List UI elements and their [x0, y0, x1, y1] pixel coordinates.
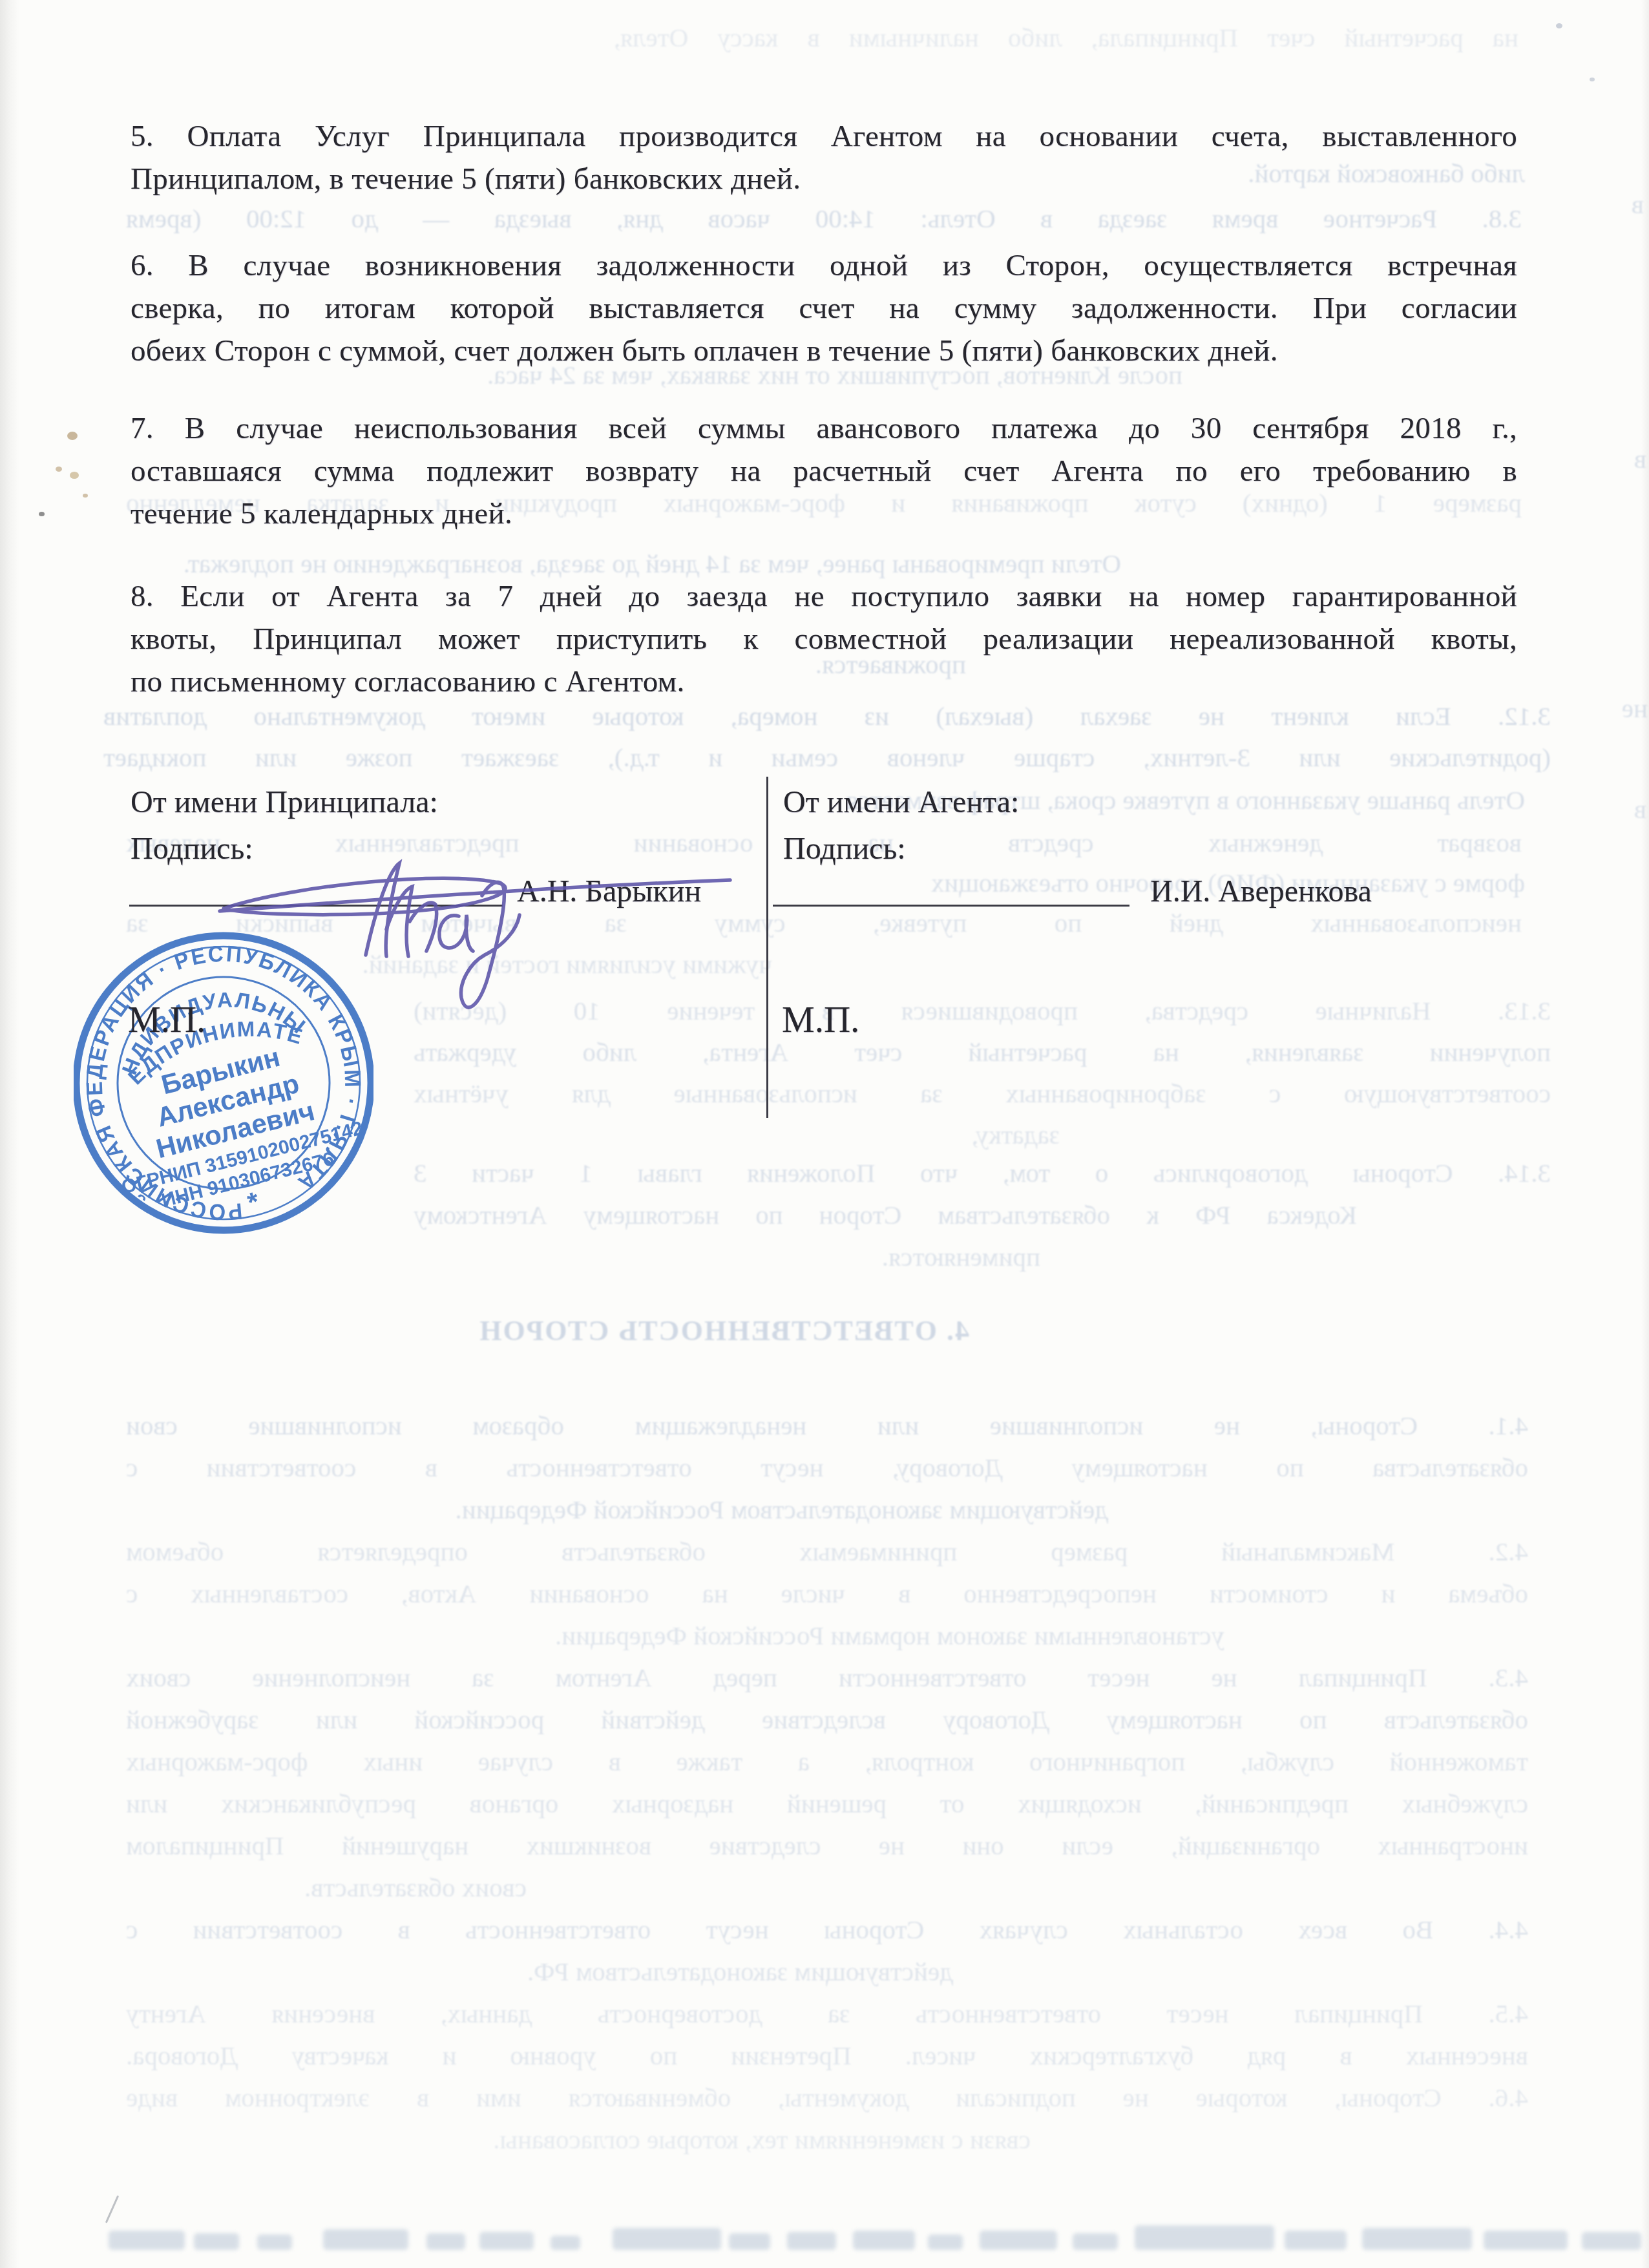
agent-party-label: От имени Агента: [783, 784, 1019, 820]
bleed-through-line: установленными законом нормами Российско… [126, 1621, 1224, 1650]
bleed-through-line: объема и стоимости непосредственно в чис… [126, 1579, 1528, 1608]
bleed-through-line: связи с изменениями тех, которые согласо… [126, 2125, 1031, 2154]
bleed-through-line: 4. ОТВЕТСТВЕННОСТЬ СТОРОН [488, 1316, 969, 1347]
clause-line: по письменному согласованию с Агентом. [131, 660, 1517, 703]
bottom-edge-smudge [1362, 2228, 1472, 2250]
paper-speck [1556, 23, 1562, 28]
bleed-through-line: служебных предписаний, исходящих от реше… [126, 1789, 1528, 1818]
bottom-edge-smudge [928, 2234, 963, 2250]
bleed-through-line: внесенных в ряд бухгалтерских чисел. Пре… [126, 2041, 1528, 2070]
principal-party-label: От имени Принципала: [131, 784, 438, 820]
paper-speck [39, 512, 45, 516]
paper-speck [70, 472, 79, 479]
clause-line: сверка, по итогам которой выставляется с… [131, 287, 1517, 330]
bottom-edge-smudge [980, 2231, 1057, 2250]
bleed-through-line: иностранных организаций, если они не сле… [126, 1831, 1528, 1860]
paper-speck [67, 432, 78, 440]
bleed-through-line: 4.3. Принципал не несет ответственности … [126, 1663, 1528, 1692]
clause-line: 8. Если от Агента за 7 дней до заезда не… [131, 575, 1517, 618]
clause-paragraph-8: 8. Если от Агента за 7 дней до заезда не… [131, 575, 1517, 703]
clause-line: квоты, Принципал может приступить к совм… [131, 618, 1517, 660]
handwritten-signature [213, 853, 737, 1027]
bleed-through-line: 3.8. Расчетное время заезда в Отель: 14:… [126, 204, 1522, 233]
bleed-through-line: (родительские или 3-летних, старше члено… [103, 743, 1551, 772]
bottom-edge-smudge [1135, 2225, 1274, 2250]
agent-signature-label: Подпись: [783, 831, 906, 866]
bottom-edge-smudge [109, 2231, 185, 2250]
bottom-edge-smudge [613, 2228, 721, 2250]
bleed-through-line: получении заявления, на расчетный счет А… [414, 1038, 1551, 1067]
bottom-edge-smudge [426, 2233, 465, 2250]
bottom-edge-smudge [551, 2236, 580, 2250]
principal-seal-mark: М.П. [128, 999, 205, 1041]
bleed-through-line: действующим законодательством РФ. [126, 1957, 953, 1986]
bleed-through-line: 3.14. Стороны договорились о том, что По… [414, 1159, 1551, 1188]
signature-column-divider [766, 777, 768, 1118]
bleed-through-line: 4.5. Принципал несет ответственность за … [126, 1999, 1528, 2028]
bleed-through-line: задатку, [892, 1120, 1060, 1150]
bleed-through-line: Отели премированы ранее, чем за 14 дней … [126, 549, 1121, 578]
bottom-edge-smudge [853, 2231, 915, 2250]
bottom-edge-smudge [257, 2234, 292, 2250]
clause-paragraph-5: 5. Оплата Услуг Принципала производится … [131, 115, 1517, 200]
agent-signature-line [773, 905, 1129, 907]
bleed-through-line: обязательства по настоящему Договору, не… [126, 1453, 1528, 1482]
bottom-edge-smudge [1484, 2231, 1568, 2250]
bleed-through-line: своих обязательств. [126, 1873, 527, 1902]
bleed-through-line: Кодекса РФ к обязательствам Сторон по на… [414, 1201, 1357, 1230]
paper-speck [56, 467, 62, 472]
bleed-through-line: на расчетный счет Принципала, либо налич… [614, 23, 1518, 52]
bleed-through-line: обязательств по настоящему Договору всле… [126, 1705, 1528, 1734]
bleed-through-line: 4.2. Максимальный размер принимаемых обя… [126, 1537, 1528, 1566]
paper-speck [83, 494, 88, 498]
clause-line: 7. В случае неиспользования всей суммы а… [131, 407, 1517, 450]
bleed-through-line: не [1610, 694, 1648, 723]
bottom-edge-smudge [323, 2229, 408, 2250]
bleed-through-line: в [1615, 190, 1644, 219]
scanned-contract-page: на расчетный счет Принципала, либо налич… [0, 0, 1649, 2268]
bottom-edge-smudge [787, 2232, 836, 2250]
clause-line: 5. Оплата Услуг Принципала производится … [131, 115, 1517, 158]
clause-paragraph-6: 6. В случае возникновения задолженности … [131, 244, 1517, 372]
clause-line: Принципалом, в течение 5 (пяти) банковск… [131, 158, 1517, 200]
bleed-through-line: в [1618, 795, 1646, 824]
clause-line: оставшаяся сумма подлежит возврату на ра… [131, 450, 1517, 492]
bleed-through-line: таможенной службы, пограничного контроля… [126, 1747, 1528, 1776]
bottom-edge-smudge [1073, 2233, 1118, 2250]
bleed-through-line: в [1618, 445, 1646, 474]
bleed-through-line: действующим законодательством Российской… [126, 1495, 1108, 1524]
clause-line: течение 5 календарных дней. [131, 492, 1517, 535]
clause-line: 6. В случае возникновения задолженности … [131, 244, 1517, 287]
bleed-through-line: 4.1. Стороны, не исполнившие или ненадле… [126, 1411, 1528, 1440]
bleed-through-line: 4.6. Стороны, которые не подписали докум… [126, 2083, 1528, 2112]
clause-line: обеих Сторон с суммой, счет должен быть … [131, 330, 1517, 372]
paper-speck [1590, 78, 1595, 81]
agent-seal-mark: М.П. [782, 999, 859, 1041]
bleed-through-line: 3.12. Если клиент не заехал (выехал) из … [103, 702, 1551, 731]
stray-pen-mark [105, 2195, 119, 2223]
bottom-edge-smudge [479, 2232, 534, 2250]
bleed-through-line: применяются. [821, 1243, 1040, 1272]
clause-paragraph-7: 7. В случае неиспользования всей суммы а… [131, 407, 1517, 535]
bleed-through-line: соответствующую с забронированных за исп… [414, 1079, 1551, 1108]
bottom-edge-smudge [1285, 2231, 1347, 2250]
bleed-through-line: 4.4. Во всех остальных случаях Стороны н… [126, 1915, 1528, 1944]
bottom-edge-smudge [194, 2233, 239, 2250]
bottom-edge-smudge [729, 2233, 770, 2250]
agent-name: И.И. Аверенкова [1150, 874, 1372, 909]
bottom-edge-smudge [1582, 2232, 1641, 2250]
